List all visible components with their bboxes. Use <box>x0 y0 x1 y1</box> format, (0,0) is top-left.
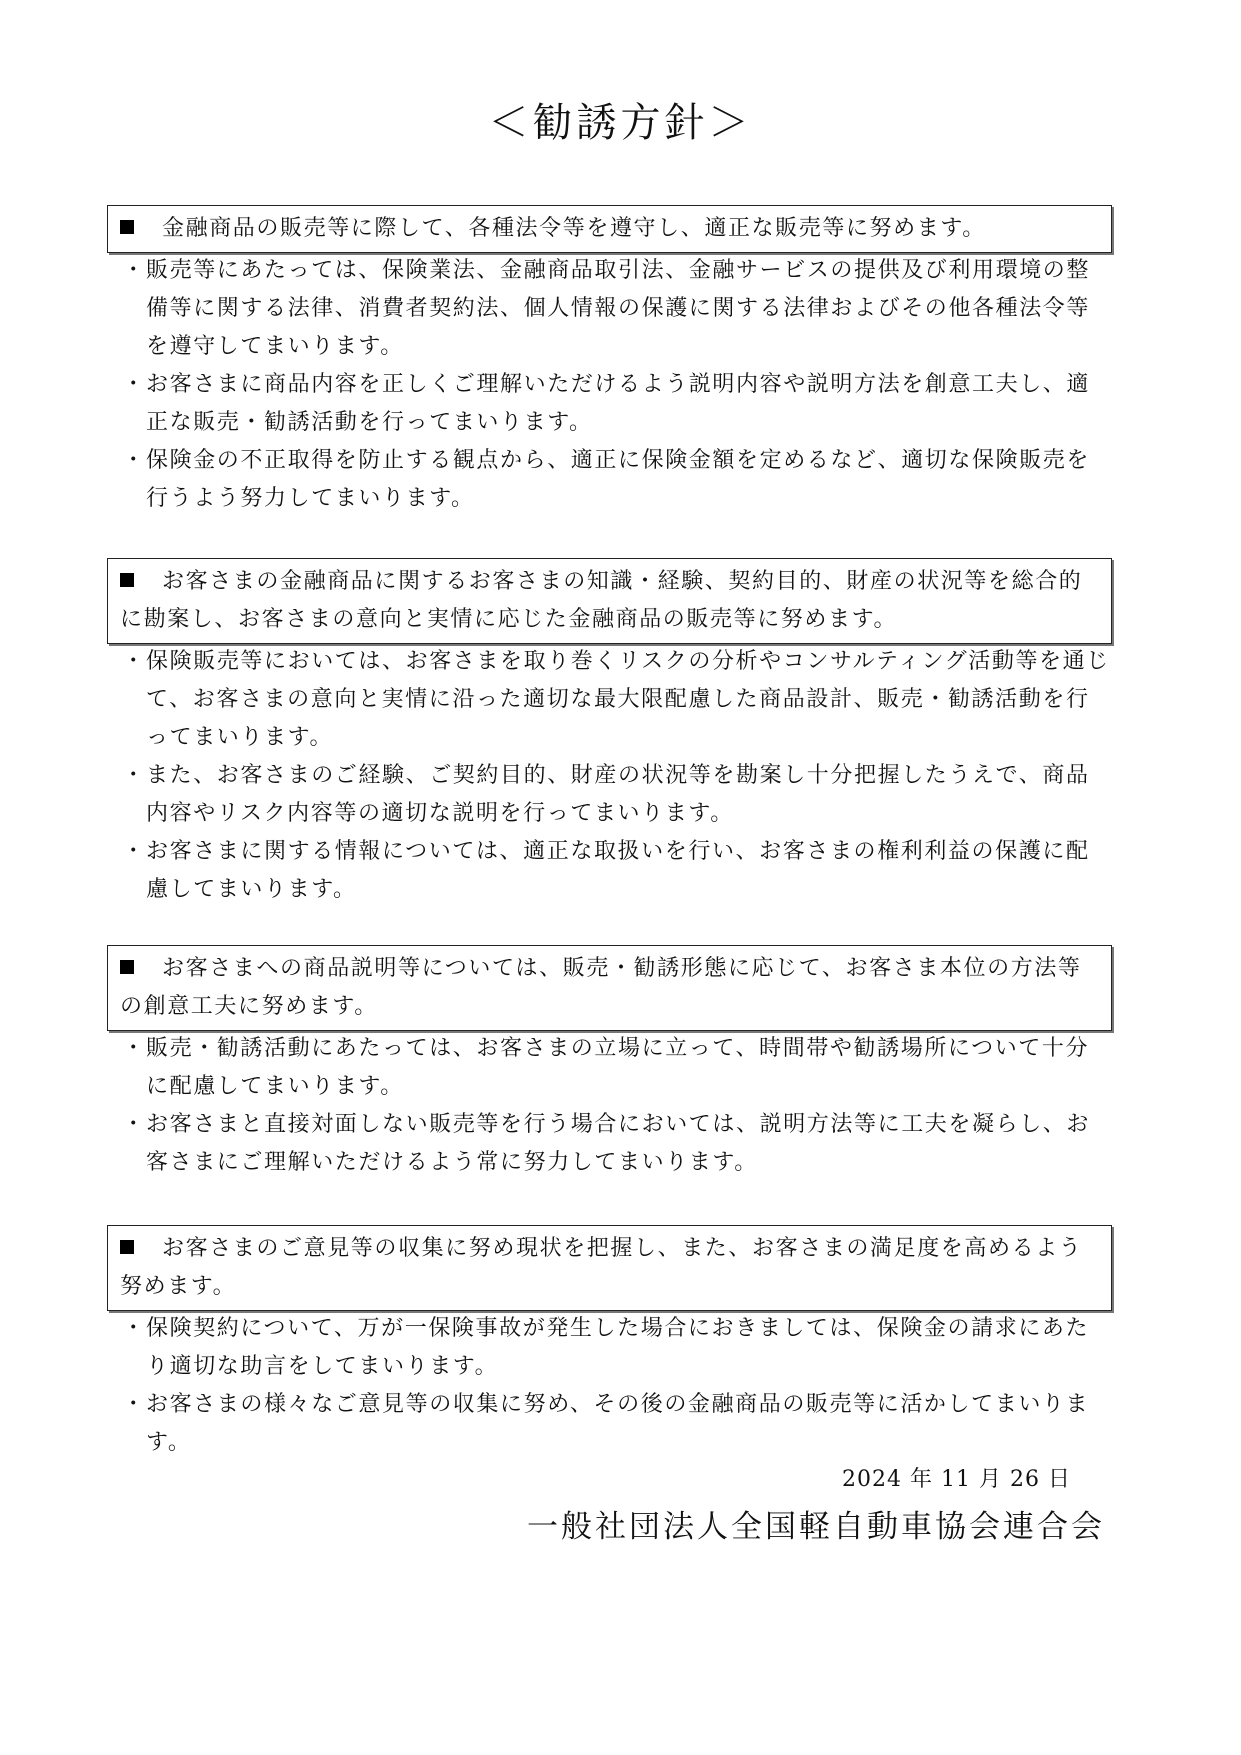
section-2-heading: お客さまの金融商品に関するお客さまの知識・経験、契約目的、財産の状況等を総合的に… <box>107 558 1112 644</box>
list-item: ・保険契約について、万が一保険事故が発生した場合におきましては、保険金の請求にあ… <box>122 1310 1112 1386</box>
section-1-bullets: ・販売等にあたっては、保険業法、金融商品取引法、金融サービスの提供及び利用環境の… <box>122 252 1112 518</box>
list-item: ・保険販売等においては、お客さまを取り巻くリスクの分析やコンサルティング活動等を… <box>122 643 1112 757</box>
dot-bullet-icon: ・ <box>122 1030 146 1068</box>
square-bullet-icon <box>120 960 134 974</box>
list-item: ・また、お客さまのご経験、ご契約目的、財産の状況等を勘案し十分把握したうえで、商… <box>122 757 1112 833</box>
section-4-heading: お客さまのご意見等の収集に努め現状を把握し、また、お客さまの満足度を高めるよう努… <box>107 1225 1112 1311</box>
dot-bullet-icon: ・ <box>122 1106 146 1144</box>
list-item: ・販売等にあたっては、保険業法、金融商品取引法、金融サービスの提供及び利用環境の… <box>122 252 1112 366</box>
dot-bullet-icon: ・ <box>122 757 146 795</box>
section-2-bullets: ・保険販売等においては、お客さまを取り巻くリスクの分析やコンサルティング活動等を… <box>122 643 1112 909</box>
list-item: ・お客さまと直接対面しない販売等を行う場合においては、説明方法等に工夫を凝らし、… <box>122 1106 1112 1182</box>
list-item: ・お客さまの様々なご意見等の収集に努め、その後の金融商品の販売等に活かしてまいり… <box>122 1386 1112 1462</box>
section-4-heading-text: お客さまのご意見等の収集に努め現状を把握し、また、お客さまの満足度を高めるよう努… <box>120 1236 1082 1299</box>
list-item: ・保険金の不正取得を防止する観点から、適正に保険金額を定めるなど、適切な保険販売… <box>122 442 1112 518</box>
dot-bullet-icon: ・ <box>122 1386 146 1424</box>
issue-date: 2024 年 11 月 26 日 <box>842 1465 1071 1495</box>
dot-bullet-icon: ・ <box>122 833 146 871</box>
section-3-heading: お客さまへの商品説明等については、販売・勧誘形態に応じて、お客さま本位の方法等の… <box>107 945 1112 1031</box>
dot-bullet-icon: ・ <box>122 252 146 290</box>
square-bullet-icon <box>120 1240 134 1254</box>
section-1-heading: 金融商品の販売等に際して、各種法令等を遵守し、適正な販売等に努めます。 <box>107 205 1112 253</box>
square-bullet-icon <box>120 573 134 587</box>
section-3-bullets: ・販売・勧誘活動にあたっては、お客さまの立場に立って、時間帯や勧誘場所について十… <box>122 1030 1112 1182</box>
section-3-heading-text: お客さまへの商品説明等については、販売・勧誘形態に応じて、お客さま本位の方法等の… <box>120 956 1082 1019</box>
list-item: ・お客さまに関する情報については、適正な取扱いを行い、お客さまの権利利益の保護に… <box>122 833 1112 909</box>
section-1-heading-text: 金融商品の販売等に際して、各種法令等を遵守し、適正な販売等に努めます。 <box>162 216 986 241</box>
dot-bullet-icon: ・ <box>122 643 146 681</box>
list-item: ・販売・勧誘活動にあたっては、お客さまの立場に立って、時間帯や勧誘場所について十… <box>122 1030 1112 1106</box>
organization-name: 一般社団法人全国軽自動車協会連合会 <box>527 1505 1105 1549</box>
section-2-heading-text: お客さまの金融商品に関するお客さまの知識・経験、契約目的、財産の状況等を総合的に… <box>120 569 1082 632</box>
dot-bullet-icon: ・ <box>122 1310 146 1348</box>
square-bullet-icon <box>120 220 134 234</box>
page-title: ＜勧誘方針＞ <box>0 96 1241 150</box>
dot-bullet-icon: ・ <box>122 442 146 480</box>
section-4-bullets: ・保険契約について、万が一保険事故が発生した場合におきましては、保険金の請求にあ… <box>122 1310 1112 1462</box>
list-item: ・お客さまに商品内容を正しくご理解いただけるよう説明内容や説明方法を創意工夫し、… <box>122 366 1112 442</box>
dot-bullet-icon: ・ <box>122 366 146 404</box>
